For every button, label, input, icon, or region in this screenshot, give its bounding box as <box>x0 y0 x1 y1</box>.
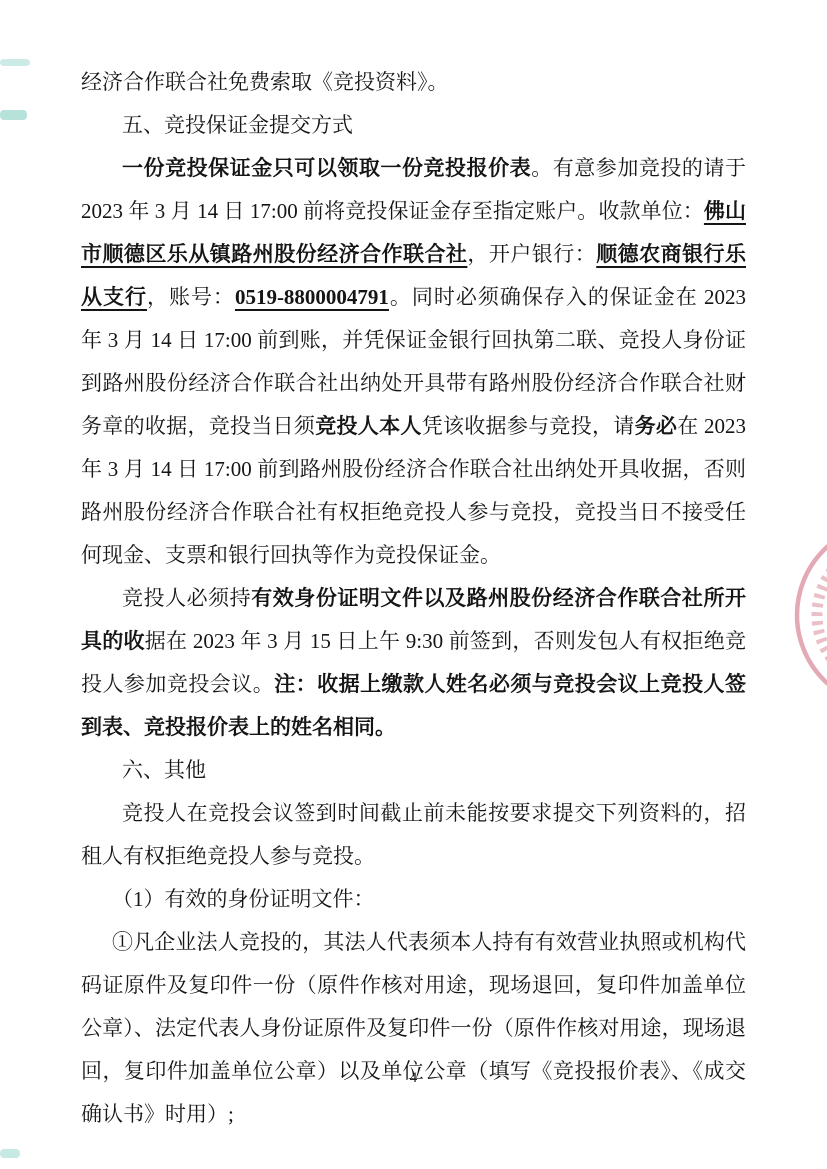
red-seal-rings <box>797 523 827 707</box>
page-number: 4 <box>0 1070 827 1087</box>
red-seal-stamp <box>777 518 827 708</box>
section-heading-6: 六、其他 <box>81 749 746 792</box>
text-segment: ，开户银行： <box>467 242 596 266</box>
paragraph-signin-rules: 竞投人必须持有效身份证明文件以及路州股份经济合作联合社所开具的收据在 2023 … <box>81 577 746 749</box>
scanner-artifact <box>0 59 30 66</box>
paragraph-deposit-rules: 一份竞投保证金只可以领取一份竞投报价表。有意参加竞投的请于 2023 年 3 月… <box>81 147 746 577</box>
text-segment: 凭该收据参与竞投，请 <box>422 414 635 438</box>
text-segment: 竞投人必须持 <box>122 586 251 610</box>
paragraph-continuation: 经济合作联合社免费索取《竞投资料》。 <box>81 61 746 104</box>
text-segment: ，账号： <box>147 285 235 309</box>
scanner-artifact <box>0 110 27 120</box>
underlined-bold-text: 0519-8800004791 <box>235 285 389 309</box>
bold-text: 一份竞投保证金只可以领取一份竞投报价表 <box>122 156 531 180</box>
text-segment: ①凡企业法人竞投的，其法人代表须本人持有有效营业执照或机构代码证原件及复印件一份… <box>81 930 746 1126</box>
bold-text: 务必 <box>635 414 678 438</box>
paragraph-item-1: （1）有效的身份证明文件： <box>81 878 746 921</box>
text-segment: 五、竞投保证金提交方式 <box>122 113 353 137</box>
paragraph-other-intro: 竞投人在竞投会议签到时间截止前未能按要求提交下列资料的，招租人有权拒绝竞投人参与… <box>81 792 746 878</box>
bold-text: 竞投人本人 <box>315 414 421 438</box>
scanner-artifact <box>0 1149 20 1158</box>
text-segment: 六、其他 <box>122 758 206 782</box>
text-segment: 经济合作联合社免费索取《竞投资料》。 <box>81 70 449 94</box>
text-segment: 竞投人在竞投会议签到时间截止前未能按要求提交下列资料的，招租人有权拒绝竞投人参与… <box>81 801 746 868</box>
document-body: 经济合作联合社免费索取《竞投资料》。 五、竞投保证金提交方式 一份竞投保证金只可… <box>81 61 746 1136</box>
section-heading-5: 五、竞投保证金提交方式 <box>81 104 746 147</box>
paragraph-item-1-sub1: ①凡企业法人竞投的，其法人代表须本人持有有效营业执照或机构代码证原件及复印件一份… <box>81 921 746 1136</box>
text-segment: （1）有效的身份证明文件： <box>112 887 375 911</box>
scanned-document-page: 经济合作联合社免费索取《竞投资料》。 五、竞投保证金提交方式 一份竞投保证金只可… <box>0 0 827 1169</box>
